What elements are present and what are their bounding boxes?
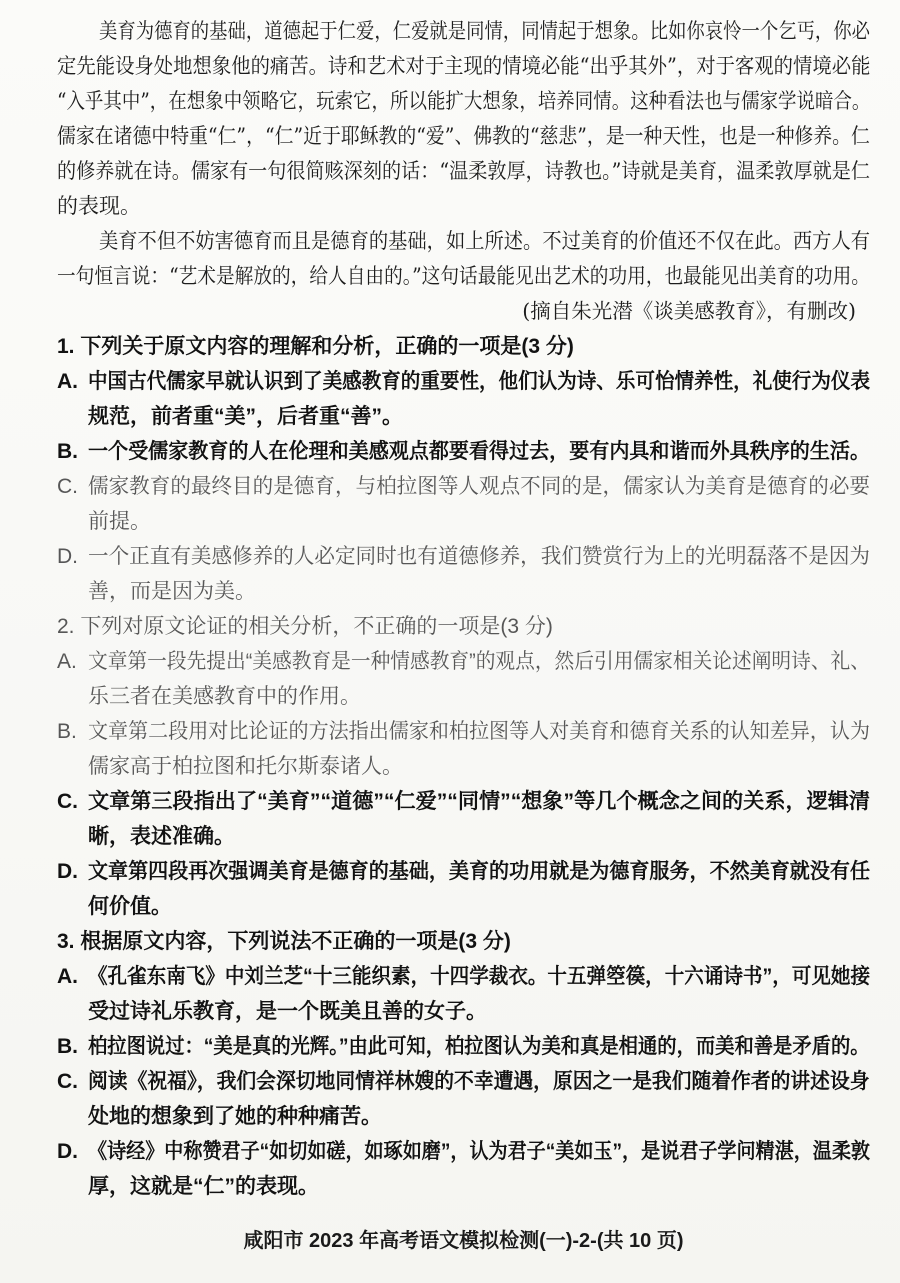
- option-text: 一个受儒家教育的人在伦理和美感观点都要看得过去，要有内具和谐而外具秩序的生活。: [88, 434, 870, 469]
- passage-text: 儒家在诸德中特重“仁”，“仁”近于耶稣教的“爱”、佛教的“慈悲”，是一种天性，也…: [57, 119, 870, 154]
- option-text: 《诗经》中称赞君子“如切如磋，如琢如磨”，认为君子“美如玉”，是说君子学问精湛，…: [88, 1134, 870, 1204]
- passage-text: 定先能设身处地想象他的痛苦。诗和艺术对于主现的情境必能“出乎其外”，对于客观的情…: [57, 49, 870, 84]
- question-1-option-D: D. 一个正直有美感修养的人必定同时也有道德修养，我们赞赏行为上的光明磊落不是因…: [57, 539, 870, 609]
- option-line-text: 文章第一段先提出“美感教育是一种情感教育”的观点，然后引用儒家相关论述阐明诗、礼…: [88, 644, 870, 679]
- question-1-stem: 1. 下列关于原文内容的理解和分析，正确的一项是(3 分): [57, 329, 870, 364]
- option-line: 前提。: [88, 504, 870, 539]
- question-1: 1. 下列关于原文内容的理解和分析，正确的一项是(3 分) A. 中国古代儒家早…: [57, 329, 870, 609]
- stem-text: 2. 下列对原文论证的相关分析，不正确的一项是(3 分): [57, 609, 553, 644]
- option-label: D.: [57, 854, 88, 889]
- option-line: 处地的想象到了她的种种痛苦。: [88, 1099, 870, 1134]
- question-3: 3. 根据原文内容，下列说法不正确的一项是(3 分) A. 《孔雀东南飞》中刘兰…: [57, 924, 870, 1204]
- option-line-text: 阅读《祝福》，我们会深切地同情祥林嫂的不幸遭遇，原因之一是我们随着作者的讲述设身: [88, 1064, 870, 1099]
- passage-line: 的表现。: [57, 189, 870, 224]
- option-label: A.: [57, 644, 88, 679]
- option-line-text: 规范，前者重“美”，后者重“善”。: [88, 399, 403, 434]
- option-line-text: 何价值。: [88, 889, 172, 924]
- option-line: 文章第二段用对比论证的方法指出儒家和柏拉图等人对美育和德育关系的认知差异，认为: [88, 714, 870, 749]
- option-line-text: 一个受儒家教育的人在伦理和美感观点都要看得过去，要有内具和谐而外具秩序的生活。: [88, 434, 870, 469]
- passage-paragraph-1: 美育为德育的基础，道德起于仁爱，仁爱就是同情，同情起于想象。比如你哀怜一个乞丐，…: [57, 14, 870, 224]
- option-line-text: 处地的想象到了她的种种痛苦。: [88, 1099, 382, 1134]
- passage-line: 定先能设身处地想象他的痛苦。诗和艺术对于主现的情境必能“出乎其外”，对于客观的情…: [57, 49, 870, 84]
- option-line: 何价值。: [88, 889, 870, 924]
- question-2-option-A: A. 文章第一段先提出“美感教育是一种情感教育”的观点，然后引用儒家相关论述阐明…: [57, 644, 870, 714]
- question-1-option-C: C. 儒家教育的最终目的是德育，与柏拉图等人观点不同的是，儒家认为美育是德育的必…: [57, 469, 870, 539]
- attribution-text: (摘自朱光潜《谈美感教育》，有删改): [522, 294, 856, 329]
- question-1-option-B: B. 一个受儒家教育的人在伦理和美感观点都要看得过去，要有内具和谐而外具秩序的生…: [57, 434, 870, 469]
- option-line-text: 前提。: [88, 504, 151, 539]
- option-text: 儒家教育的最终目的是德育，与柏拉图等人观点不同的是，儒家认为美育是德育的必要 前…: [88, 469, 870, 539]
- option-line: 阅读《祝福》，我们会深切地同情祥林嫂的不幸遭遇，原因之一是我们随着作者的讲述设身: [88, 1064, 870, 1099]
- option-line-text: 文章第二段用对比论证的方法指出儒家和柏拉图等人对美育和德育关系的认知差异，认为: [88, 714, 870, 749]
- option-text: 中国古代儒家早就认识到了美感教育的重要性，他们认为诗、乐可怡情养性，礼使行为仪表…: [88, 364, 870, 434]
- option-line: 文章第三段指出了“美育”“道德”“仁爱”“同情”“想象”等几个概念之间的关系，逻…: [88, 784, 870, 819]
- passage-paragraph-2: 美育不但不妨害德育而且是德育的基础，如上所述。不过美育的价值还不仅在此。西方人有…: [57, 224, 870, 294]
- question-2-option-B: B. 文章第二段用对比论证的方法指出儒家和柏拉图等人对美育和德育关系的认知差异，…: [57, 714, 870, 784]
- question-2: 2. 下列对原文论证的相关分析，不正确的一项是(3 分) A. 文章第一段先提出…: [57, 609, 870, 924]
- option-line: 柏拉图说过：“美是真的光辉。”由此可知，柏拉图认为美和真是相通的，而美和善是矛盾…: [88, 1029, 870, 1064]
- option-text: 文章第一段先提出“美感教育是一种情感教育”的观点，然后引用儒家相关论述阐明诗、礼…: [88, 644, 870, 714]
- stem-text: 3. 根据原文内容，下列说法不正确的一项是(3 分): [57, 924, 511, 959]
- option-label: A.: [57, 959, 88, 994]
- passage-text: 一句恒言说：“艺术是解放的，给人自由的。”这句话最能见出艺术的功用，也最能见出美…: [57, 259, 870, 294]
- option-text: 一个正直有美感修养的人必定同时也有道德修养，我们赞赏行为上的光明磊落不是因为 善…: [88, 539, 870, 609]
- option-line-text: 乐三者在美感教育中的作用。: [88, 679, 361, 714]
- option-text: 文章第二段用对比论证的方法指出儒家和柏拉图等人对美育和德育关系的认知差异，认为 …: [88, 714, 870, 784]
- passage-text: 美育为德育的基础，道德起于仁爱，仁爱就是同情，同情起于想象。比如你哀怜一个乞丐，…: [99, 14, 870, 49]
- passage-line: 的修养就在诗。儒家有一句很简赅深刻的话：“温柔敦厚，诗教也。”诗就是美育，温柔敦…: [57, 154, 870, 189]
- option-label: D.: [57, 1134, 88, 1169]
- option-label: D.: [57, 539, 88, 574]
- question-2-stem: 2. 下列对原文论证的相关分析，不正确的一项是(3 分): [57, 609, 870, 644]
- option-line: 中国古代儒家早就认识到了美感教育的重要性，他们认为诗、乐可怡情养性，礼使行为仪表: [88, 364, 870, 399]
- option-label: A.: [57, 364, 88, 399]
- option-line: 一个受儒家教育的人在伦理和美感观点都要看得过去，要有内具和谐而外具秩序的生活。: [88, 434, 870, 469]
- option-label: C.: [57, 469, 88, 504]
- option-text: 《孔雀东南飞》中刘兰芝“十三能织素，十四学裁衣。十五弹箜篌，十六诵诗书”，可见她…: [88, 959, 870, 1029]
- page-footer: 咸阳市 2023 年高考语文模拟检测(一)-2-(共 10 页): [57, 1224, 870, 1259]
- option-label: C.: [57, 1064, 88, 1099]
- exam-page: 美育为德育的基础，道德起于仁爱，仁爱就是同情，同情起于想象。比如你哀怜一个乞丐，…: [0, 0, 900, 1259]
- option-line: 善，而是因为美。: [88, 574, 870, 609]
- option-line-text: 文章第四段再次强调美育是德育的基础，美育的功用就是为德育服务，不然美育就没有任: [88, 854, 870, 889]
- option-line-text: 儒家教育的最终目的是德育，与柏拉图等人观点不同的是，儒家认为美育是德育的必要: [88, 469, 870, 504]
- passage-text: “入乎其中”，在想象中领略它，玩索它，所以能扩大想象，培养同情。这种看法也与儒家…: [57, 84, 870, 119]
- option-line: 文章第四段再次强调美育是德育的基础，美育的功用就是为德育服务，不然美育就没有任: [88, 854, 870, 889]
- option-line-text: 柏拉图说过：“美是真的光辉。”由此可知，柏拉图认为美和真是相通的，而美和善是矛盾…: [88, 1029, 870, 1064]
- option-line: 晰，表述准确。: [88, 819, 870, 854]
- option-line-text: 受过诗礼乐教育，是一个既美且善的女子。: [88, 994, 487, 1029]
- option-line-text: 《孔雀东南飞》中刘兰芝“十三能织素，十四学裁衣。十五弹箜篌，十六诵诗书”，可见她…: [88, 959, 870, 994]
- passage-text: 的修养就在诗。儒家有一句很简赅深刻的话：“温柔敦厚，诗教也。”诗就是美育，温柔敦…: [57, 154, 870, 189]
- question-2-option-D: D. 文章第四段再次强调美育是德育的基础，美育的功用就是为德育服务，不然美育就没…: [57, 854, 870, 924]
- option-label: C.: [57, 784, 88, 819]
- option-line: 《诗经》中称赞君子“如切如磋，如琢如磨”，认为君子“美如玉”，是说君子学问精湛，…: [88, 1134, 870, 1169]
- question-3-option-B: B. 柏拉图说过：“美是真的光辉。”由此可知，柏拉图认为美和真是相通的，而美和善…: [57, 1029, 870, 1064]
- option-label: B.: [57, 434, 88, 469]
- question-2-option-C: C. 文章第三段指出了“美育”“道德”“仁爱”“同情”“想象”等几个概念之间的关…: [57, 784, 870, 854]
- option-line-text: 一个正直有美感修养的人必定同时也有道德修养，我们赞赏行为上的光明磊落不是因为: [88, 539, 870, 574]
- question-3-stem: 3. 根据原文内容，下列说法不正确的一项是(3 分): [57, 924, 870, 959]
- option-line: 文章第一段先提出“美感教育是一种情感教育”的观点，然后引用儒家相关论述阐明诗、礼…: [88, 644, 870, 679]
- option-line: 儒家教育的最终目的是德育，与柏拉图等人观点不同的是，儒家认为美育是德育的必要: [88, 469, 870, 504]
- option-label: B.: [57, 1029, 88, 1064]
- option-line-text: 《诗经》中称赞君子“如切如磋，如琢如磨”，认为君子“美如玉”，是说君子学问精湛，…: [88, 1134, 870, 1169]
- option-text: 文章第三段指出了“美育”“道德”“仁爱”“同情”“想象”等几个概念之间的关系，逻…: [88, 784, 870, 854]
- option-line-text: 厚，这就是“仁”的表现。: [88, 1169, 319, 1204]
- option-line-text: 儒家高于柏拉图和托尔斯泰诸人。: [88, 749, 403, 784]
- question-1-option-A: A. 中国古代儒家早就认识到了美感教育的重要性，他们认为诗、乐可怡情养性，礼使行…: [57, 364, 870, 434]
- option-line: 一个正直有美感修养的人必定同时也有道德修养，我们赞赏行为上的光明磊落不是因为: [88, 539, 870, 574]
- option-text: 柏拉图说过：“美是真的光辉。”由此可知，柏拉图认为美和真是相通的，而美和善是矛盾…: [88, 1029, 870, 1064]
- passage-attribution: (摘自朱光潜《谈美感教育》，有删改): [57, 294, 870, 329]
- option-text: 阅读《祝福》，我们会深切地同情祥林嫂的不幸遭遇，原因之一是我们随着作者的讲述设身…: [88, 1064, 870, 1134]
- question-3-option-D: D. 《诗经》中称赞君子“如切如磋，如琢如磨”，认为君子“美如玉”，是说君子学问…: [57, 1134, 870, 1204]
- passage-line: 一句恒言说：“艺术是解放的，给人自由的。”这句话最能见出艺术的功用，也最能见出美…: [57, 259, 870, 294]
- question-3-option-A: A. 《孔雀东南飞》中刘兰芝“十三能织素，十四学裁衣。十五弹箜篌，十六诵诗书”，…: [57, 959, 870, 1029]
- passage-text: 美育不但不妨害德育而且是德育的基础，如上所述。不过美育的价值还不仅在此。西方人有: [99, 224, 870, 259]
- option-text: 文章第四段再次强调美育是德育的基础，美育的功用就是为德育服务，不然美育就没有任 …: [88, 854, 870, 924]
- passage: 美育为德育的基础，道德起于仁爱，仁爱就是同情，同情起于想象。比如你哀怜一个乞丐，…: [57, 14, 870, 329]
- question-3-option-C: C. 阅读《祝福》，我们会深切地同情祥林嫂的不幸遭遇，原因之一是我们随着作者的讲…: [57, 1064, 870, 1134]
- passage-line: 美育不但不妨害德育而且是德育的基础，如上所述。不过美育的价值还不仅在此。西方人有: [57, 224, 870, 259]
- option-line: 儒家高于柏拉图和托尔斯泰诸人。: [88, 749, 870, 784]
- option-label: B.: [57, 714, 88, 749]
- option-line-text: 中国古代儒家早就认识到了美感教育的重要性，他们认为诗、乐可怡情养性，礼使行为仪表: [88, 364, 870, 399]
- option-line-text: 文章第三段指出了“美育”“道德”“仁爱”“同情”“想象”等几个概念之间的关系，逻…: [88, 784, 870, 819]
- passage-line: “入乎其中”，在想象中领略它，玩索它，所以能扩大想象，培养同情。这种看法也与儒家…: [57, 84, 870, 119]
- option-line: 厚，这就是“仁”的表现。: [88, 1169, 870, 1204]
- stem-text: 1. 下列关于原文内容的理解和分析，正确的一项是(3 分): [57, 329, 574, 364]
- option-line-text: 晰，表述准确。: [88, 819, 235, 854]
- option-line: 乐三者在美感教育中的作用。: [88, 679, 870, 714]
- passage-line: 美育为德育的基础，道德起于仁爱，仁爱就是同情，同情起于想象。比如你哀怜一个乞丐，…: [57, 14, 870, 49]
- passage-line: 儒家在诸德中特重“仁”，“仁”近于耶稣教的“爱”、佛教的“慈悲”，是一种天性，也…: [57, 119, 870, 154]
- option-line: 《孔雀东南飞》中刘兰芝“十三能织素，十四学裁衣。十五弹箜篌，十六诵诗书”，可见她…: [88, 959, 870, 994]
- option-line: 规范，前者重“美”，后者重“善”。: [88, 399, 870, 434]
- passage-text: 的表现。: [57, 189, 141, 224]
- option-line-text: 善，而是因为美。: [88, 574, 256, 609]
- option-line: 受过诗礼乐教育，是一个既美且善的女子。: [88, 994, 870, 1029]
